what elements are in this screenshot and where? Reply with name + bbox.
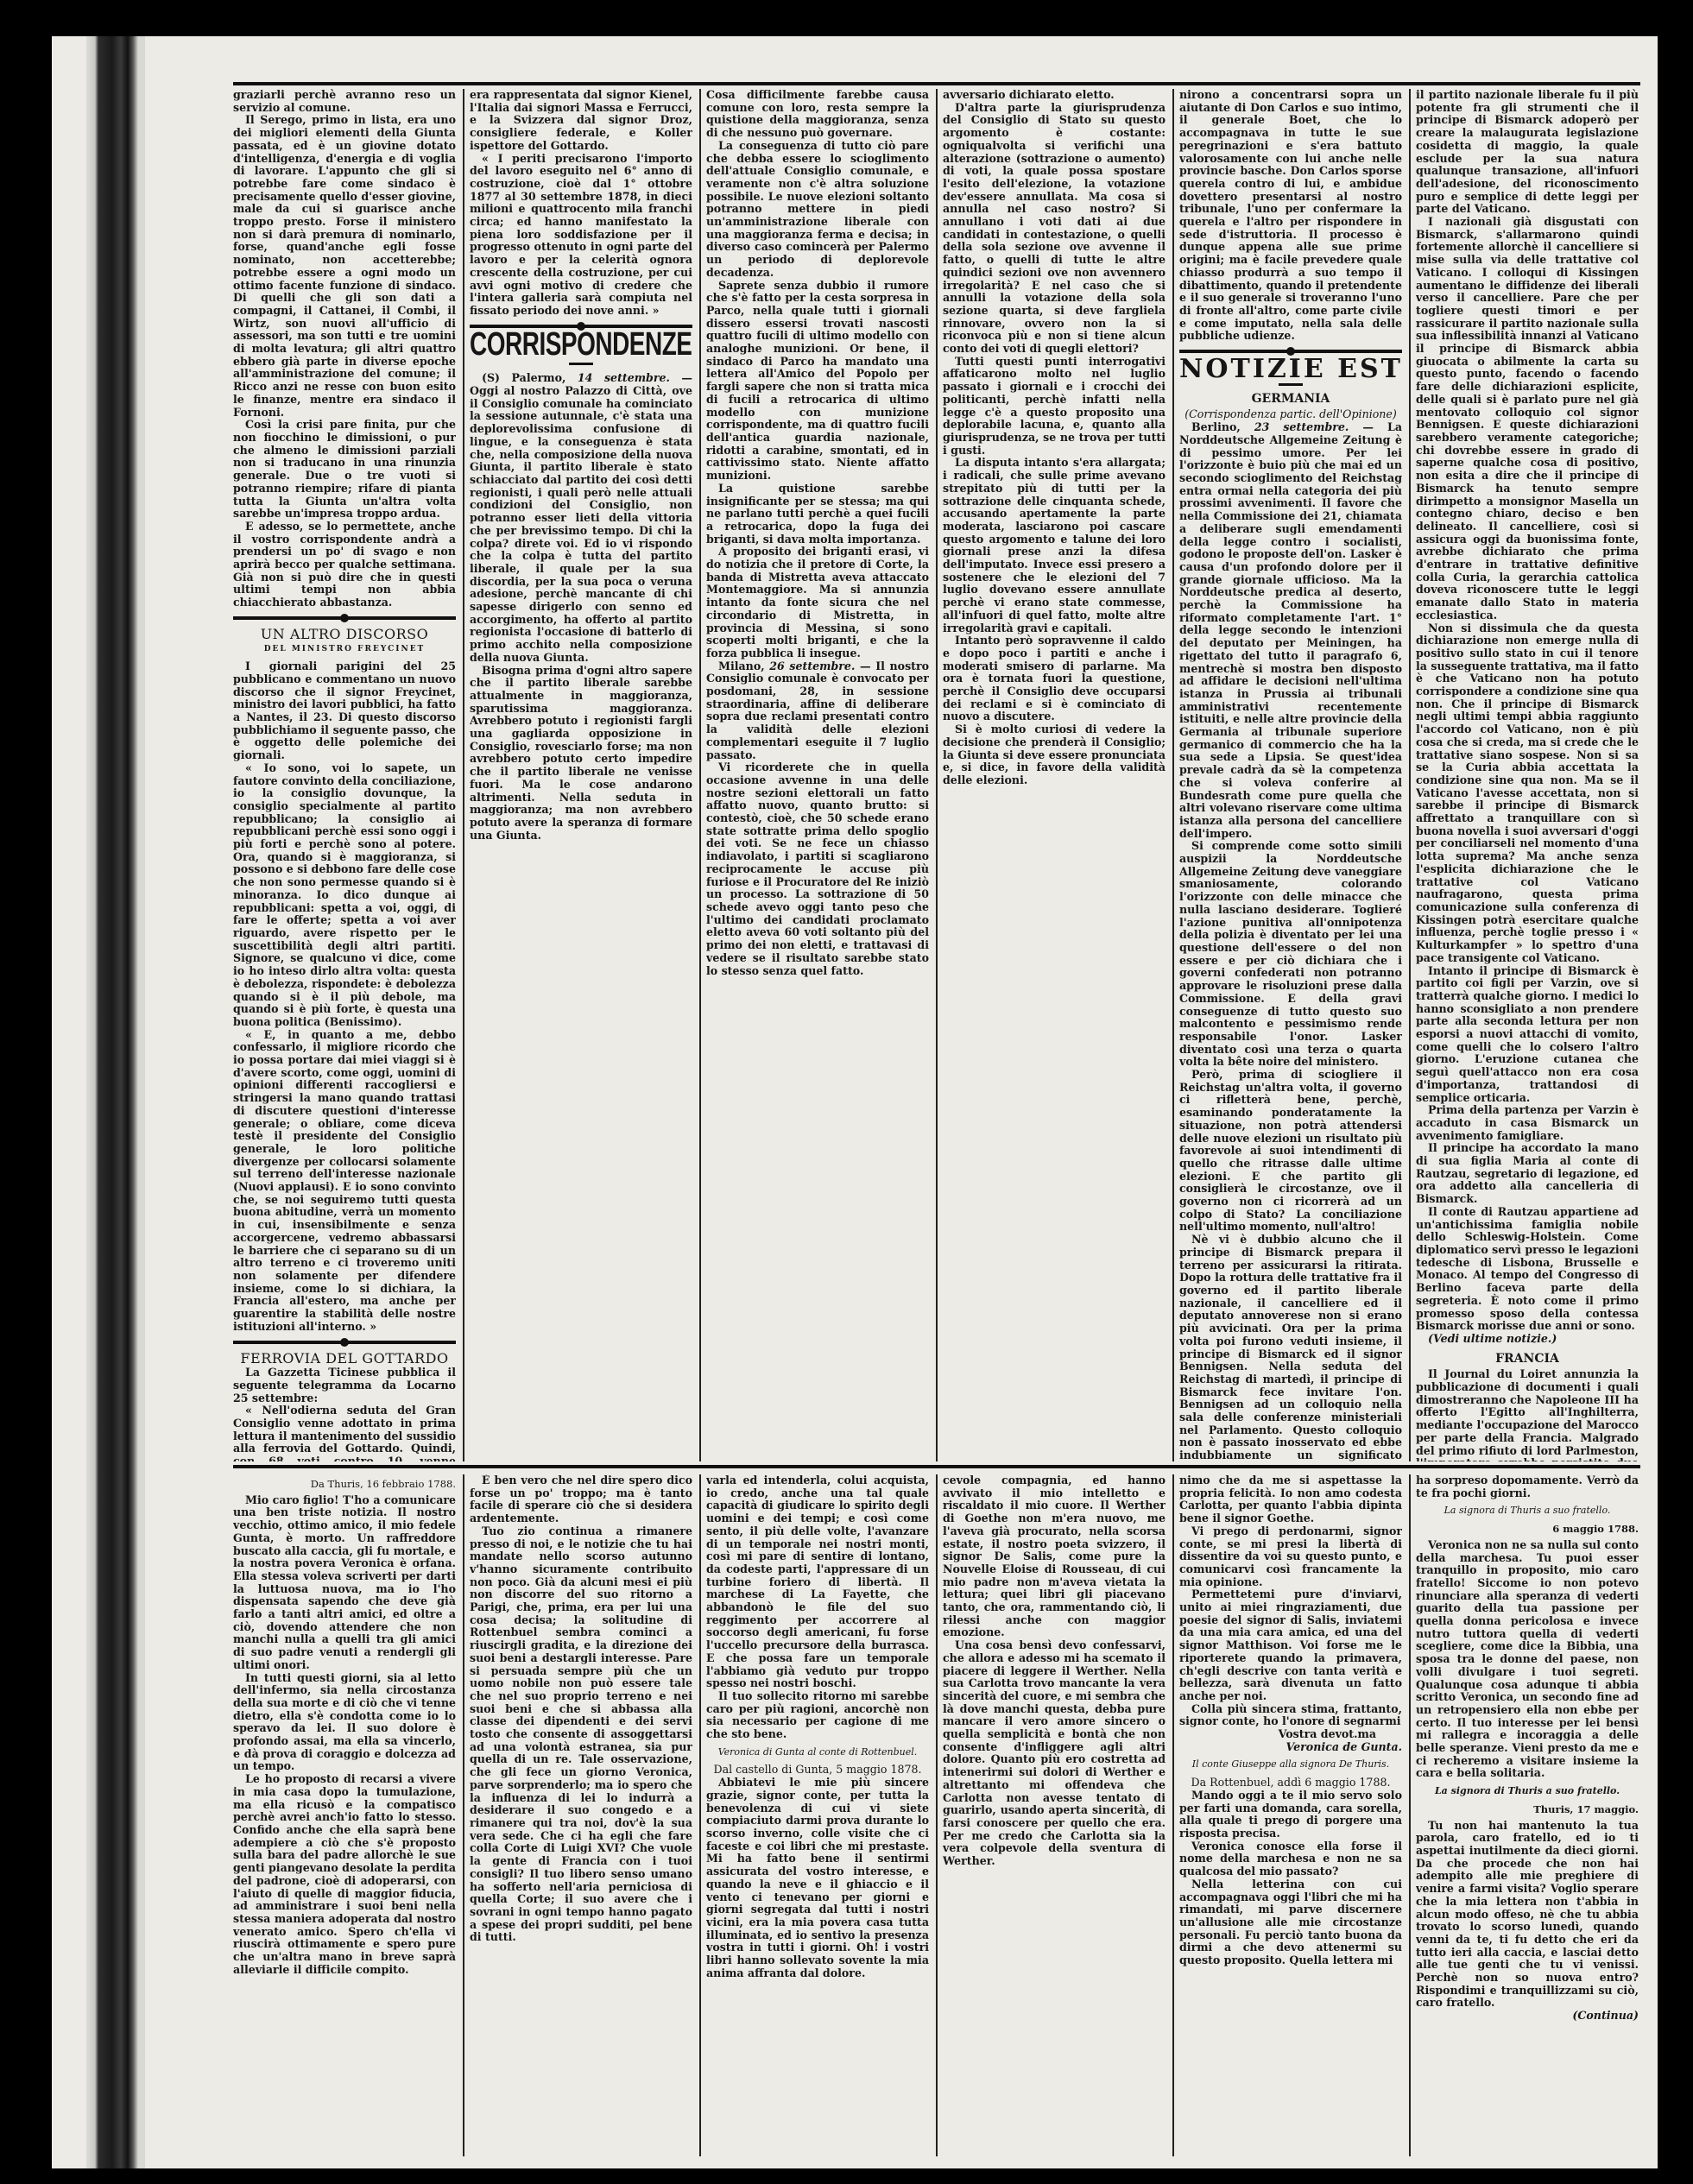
section-title: FERROVIA DEL GOTTARDO	[233, 1353, 456, 1366]
dateline-city: Berlino,	[1191, 420, 1241, 433]
paragraph: Vi prego di perdonarmi, signor conte, se…	[1179, 1525, 1402, 1589]
paragraph: Mio caro figlio! T'ho a comunicare una b…	[233, 1494, 456, 1672]
paragraph: avversario dichiarato eletto.	[943, 89, 1166, 102]
paragraph: cevole compagnia, ed hanno avvivato il m…	[943, 1474, 1166, 1639]
dateline: Da Thuris, 16 febbraio 1788.	[233, 1478, 456, 1491]
paragraph: Bisogna prima d'ogni altro sapere che il…	[470, 665, 692, 843]
section-title: CORRISPONDENZE ITALIANE	[470, 336, 692, 353]
column-rule	[936, 1474, 938, 2156]
paragraph: Però, prima di sciogliere il Reichstag u…	[1179, 1069, 1402, 1234]
paragraph: Il Journal du Loiret annunzia la pubblic…	[1416, 1368, 1639, 1461]
paragraph: ha sorpreso dopomamente. Verrò da te fra…	[1416, 1474, 1639, 1499]
column-5: nirono a concentrarsi sopra un aiutante …	[1179, 89, 1402, 1461]
feuilleton-column-2: È ben vero che nel dire spero dico forse…	[470, 1474, 692, 2156]
section-subtitle: DEL MINISTRO FREYCINET	[233, 643, 456, 656]
column-rule	[463, 1474, 464, 2156]
section-title: UN ALTRO DISCORSO	[233, 628, 456, 641]
paragraph: Il Serego, primo in lista, era uno dei m…	[233, 114, 456, 419]
paragraph: Cosa difficilmente farebbe causa comune …	[706, 89, 929, 140]
column-rule	[699, 89, 701, 1461]
section-divider	[233, 616, 456, 620]
section-divider	[233, 1341, 456, 1344]
paragraph: Saprete senza dubbio il rumore che s'è f…	[706, 280, 929, 483]
paragraph: era rappresentata dal signor Kienel, l'I…	[470, 89, 692, 153]
column-rule	[699, 1474, 701, 2156]
dateline-city: Palermo,	[512, 371, 566, 384]
continued-note: (Continua)	[1416, 2010, 1639, 2023]
paragraph: « Io sono, voi lo sapete, un fautore con…	[233, 762, 456, 1029]
column-1: graziarli perchè avranno reso un servizi…	[233, 89, 456, 1461]
paragraph: Permettetemi pure d'inviarvi, unito ai m…	[1179, 1588, 1402, 1702]
paragraph-text: — La Norddeutsche Allgemeine Zeitung è d…	[1179, 420, 1402, 840]
paragraph: Prima della partenza per Varzin è accadu…	[1416, 1104, 1639, 1142]
paragraph: Veronica non ne sa nulla sul conto della…	[1416, 1539, 1639, 1780]
column-rule	[936, 89, 938, 1461]
paragraph: La conseguenza di tutto ciò pare che deb…	[706, 140, 929, 280]
column-rule	[463, 89, 464, 1461]
dateline-date: 23 settembre.	[1254, 420, 1349, 433]
paragraph: Veronica conosce ella forse il nome dell…	[1179, 1840, 1402, 1878]
letter-heading: Il conte Giuseppe alla signora De Thuris…	[1179, 1758, 1402, 1771]
dateline: Da Rottenbuel, addì 6 maggio 1788.	[1179, 1777, 1402, 1789]
paragraph: La quistione sarebbe insignificante per …	[706, 483, 929, 546]
paragraph: D'altra parte la giurisprudenza del Cons…	[943, 102, 1166, 356]
newspaper-sheet: graziarli perchè avranno reso un servizi…	[233, 89, 1640, 2161]
letter-heading: Veronica di Gunta al conte di Rottenbuel…	[706, 1746, 929, 1759]
dateline-date: 26 settembre.	[769, 660, 855, 672]
dateline: Dal castello di Gunta, 5 maggio 1878.	[706, 1764, 929, 1777]
column-4: avversario dichiarato eletto. D'altra pa…	[943, 89, 1166, 1461]
section-divider	[1179, 350, 1402, 353]
paragraph: È ben vero che nel dire spero dico forse…	[470, 1474, 692, 1525]
paragraph: Intanto però sopravvenne il caldo e dopo…	[943, 634, 1166, 723]
paragraph: « E, in quanto a me, debbo confessarlo, …	[233, 1029, 456, 1334]
paragraph: Mando oggi a te il mio servo solo per fa…	[1179, 1789, 1402, 1840]
paragraph: Si comprende come sotto simili auspizii …	[1179, 840, 1402, 1069]
paragraph: Non si dissimula che da questa dichiaraz…	[1416, 622, 1639, 965]
paragraph: In tutti questi giorni, sia al letto del…	[233, 1672, 456, 1774]
paragraph: Tu non hai mantenuto la tua parola, caro…	[1416, 1820, 1639, 2010]
paragraph: La Gazzetta Ticinese pubblica il seguent…	[233, 1367, 456, 1404]
source-note: (Corrispondenza partic. dell'Opinione)	[1179, 408, 1402, 421]
paragraph: I giornali parigini del 25 pubblicano e …	[233, 660, 456, 762]
paragraph: Colla più sincera stima, frattanto, sign…	[1179, 1703, 1402, 1728]
feuilleton-divider	[233, 1465, 1640, 1468]
top-rule	[233, 82, 1640, 85]
paragraph: « I periti precisarono l'importo del lav…	[470, 153, 692, 318]
column-rule	[1409, 1474, 1411, 2156]
paragraph: nirono a concentrarsi sopra un aiutante …	[1179, 89, 1402, 343]
paragraph: I nazionali già disgustati con Bismarck,…	[1416, 216, 1639, 622]
paragraph: Il principe ha accordato la mano di sua …	[1416, 1142, 1639, 1206]
dateline-city: Milano,	[718, 660, 765, 672]
subsection-title: FRANCIA	[1416, 1353, 1639, 1366]
paragraph: Nè vi è dubbio alcuno che il principe di…	[1179, 1234, 1402, 1461]
paragraph: Le ho proposto di recarsi a vivere in mi…	[233, 1773, 456, 1976]
feuilleton-column-4: cevole compagnia, ed hanno avvivato il m…	[943, 1474, 1166, 2156]
feuilleton-column-3: varla ed intenderla, colui acquista, io …	[706, 1474, 929, 2156]
paragraph: graziarli perchè avranno reso un servizi…	[233, 89, 456, 114]
dateline: Thuris, 17 maggio.	[1416, 1803, 1639, 1816]
paragraph: Una cosa bensì devo confessarvi, che all…	[943, 1639, 1166, 1868]
paragraph: Vi ricorderete che in quella occasione a…	[706, 761, 929, 977]
paragraph: nimo che da me si aspettasse la propria …	[1179, 1474, 1402, 1525]
column-rule	[1172, 89, 1174, 1461]
subsection-title: GERMANIA	[1179, 393, 1402, 406]
column-6: il partito nazionale liberale fu il più …	[1416, 89, 1639, 1461]
paragraph: La disputa intanto s'era allargata; i ra…	[943, 457, 1166, 634]
column-2: era rappresentata dal signor Kienel, l'I…	[470, 89, 692, 1461]
paragraph: Così la crisi pare finita, pur che non f…	[233, 419, 456, 521]
dateline-date: 14 settembre.	[578, 371, 670, 384]
section-title: NOTIZIE ESTERE	[1179, 363, 1402, 376]
paragraph: Tutti questi punti interrogativi affatic…	[943, 356, 1166, 458]
paragraph: Intanto il principe di Bismarck è partit…	[1416, 965, 1639, 1105]
closing: Vostra devot.ma	[1179, 1728, 1376, 1741]
paragraph: Abbiatevi le mie più sincere grazie, sig…	[706, 1777, 929, 1979]
binding-spine	[86, 36, 145, 2168]
news-section: graziarli perchè avranno reso un servizi…	[233, 89, 1640, 1461]
paragraph: A proposito dei briganti erasi, vi do no…	[706, 546, 929, 660]
paragraph: E adesso, se lo permettete, anche il vos…	[233, 521, 456, 609]
feuilleton-section: Da Thuris, 16 febbraio 1788. Mio caro fi…	[233, 1474, 1640, 2156]
dateline: 6 maggio 1788.	[1416, 1523, 1639, 1536]
paragraph: Berlino, 23 settembre. — La Norddeutsche…	[1179, 421, 1402, 840]
column-3: Cosa difficilmente farebbe causa comune …	[706, 89, 929, 1461]
note: (Vedi ultime notizie.)	[1416, 1333, 1639, 1346]
paragraph: varla ed intenderla, colui acquista, io …	[706, 1474, 929, 1690]
paragraph: Il conte di Rautzau appartiene ad un'ant…	[1416, 1206, 1639, 1333]
paragraph: Il tuo sollecito ritorno mi sarebbe caro…	[706, 1690, 929, 1741]
feuilleton-column-5: nimo che da me si aspettasse la propria …	[1179, 1474, 1402, 2156]
paragraph-text: — Oggi al nostro Palazzo di Città, ove i…	[470, 371, 692, 663]
paragraph: Milano, 26 settembre. — Il nostro Consig…	[706, 660, 929, 762]
paragraph: Si è molto curiosi di vedere la decision…	[943, 723, 1166, 787]
letter-heading: La signora di Thuris a suo fratello.	[1416, 1785, 1639, 1798]
signature: Veronica de Gunta.	[1179, 1741, 1402, 1754]
column-rule	[1172, 1474, 1174, 2156]
paragraph: Tuo zio continua a rimanere presso di no…	[470, 1525, 692, 1944]
column-rule	[1409, 89, 1411, 1461]
dateline-tag: (S)	[482, 371, 500, 384]
paragraph-text: — Il nostro Consiglio comunale è convoca…	[706, 660, 929, 761]
paragraph: « Nell'odierna seduta del Gran Consiglio…	[233, 1404, 456, 1461]
paragraph: Nella letterina con cui accompagnava ogg…	[1179, 1878, 1402, 1967]
short-divider	[569, 363, 593, 365]
feuilleton-column-6: ha sorpreso dopomamente. Verrò da te fra…	[1416, 1474, 1639, 2156]
paragraph: (S) Palermo, 14 settembre. — Oggi al nos…	[470, 372, 692, 664]
letter-heading: La signora di Thuris a suo fratello.	[1416, 1505, 1639, 1518]
paragraph: il partito nazionale liberale fu il più …	[1416, 89, 1639, 216]
feuilleton-column-1: Da Thuris, 16 febbraio 1788. Mio caro fi…	[233, 1474, 456, 2156]
